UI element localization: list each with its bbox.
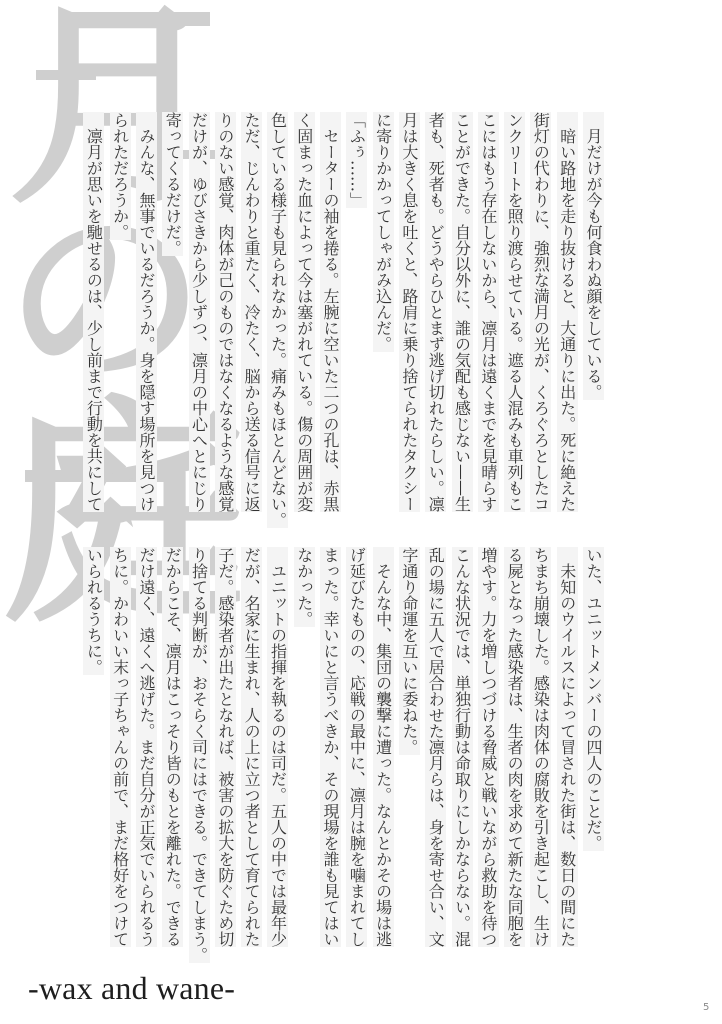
text-line: げ延びたものの、応戦の最中に、凛月は腕を噛まれてし	[346, 547, 367, 947]
text-line: 乱の場に五人で居合わせた凛月らは、身を寄せ合い、文	[425, 547, 446, 947]
text-column: だが、名家に生まれ、人の上に立つ者として育てられた	[238, 547, 264, 947]
text-column: 月は大きく息を吐くと、路肩に乗り捨てられたタクシー	[396, 112, 422, 512]
text-line: 子だ。感染者が出たとなれば、被害の拡大を防ぐため切	[215, 547, 236, 947]
text-line: に寄りかかってしゃがみ込んだ。	[373, 112, 394, 352]
text-block-bottom: いた、ユニットメンバーの四人のことだ。 未知のウイルスによって冒された街は、数日…	[80, 547, 606, 947]
text-column: いられるうちに。	[80, 547, 106, 947]
text-column: 者も、死者も。どうやらひとまず逃げ切れたらしい。凛	[422, 112, 448, 512]
text-line: 字通り命運を互いに委ねた。	[399, 547, 420, 755]
text-column: だけ遠く、遠くへ逃げた。まだ自分が正気でいられるう	[133, 547, 159, 947]
text-column: く固まった血によって今は塞がれている。傷の周囲が変	[290, 112, 316, 512]
text-line: り捨てる判断が、おそらく司にはできる。できてしまう。	[189, 547, 210, 963]
text-column: ンクリートを照り渡らせている。遮る人混みも車列もこ	[501, 112, 527, 512]
text-line: なかった。	[294, 547, 315, 627]
running-title: -wax and wane-	[28, 972, 235, 1004]
text-line: こんな状況では、単独行動は命取りにしかならない。混	[452, 547, 473, 947]
text-line: 者も、死者も。どうやらひとまず逃げ切れたらしい。凛	[425, 112, 446, 512]
text-column: に寄りかかってしゃがみ込んだ。	[369, 112, 395, 512]
text-column: 乱の場に五人で居合わせた凛月らは、身を寄せ合い、文	[422, 547, 448, 947]
text-line: ちまち崩壊した。感染は肉体の腐敗を引き起こし、生け	[530, 547, 551, 947]
text-column: る屍となった感染者は、生者の肉を求めて新たな同胞を	[501, 547, 527, 947]
text-line: 増やす。力を増しつづける脅威と戦いながら救助を待つ	[478, 547, 499, 947]
text-line: 凛月が思いを馳せるのは、少し前まで行動を共にして	[83, 112, 104, 512]
text-column: まった。幸いにと言うべきか、その現場を誰も見てはい	[317, 547, 343, 947]
text-column: だからこそ、凛月はこっそり皆のもとを離れた。できる	[159, 547, 185, 947]
text-column: りのない感覚、肉体が己のものではなくなるような感覚	[212, 112, 238, 512]
text-column: 月だけが今も何食わぬ顔をしている。	[580, 112, 606, 512]
text-column: だけが、ゆびさきから少しずつ、凛月の中心へとにじり	[185, 112, 211, 512]
text-line: 未知のウイルスによって冒された街は、数日の間にた	[557, 547, 578, 947]
text-line: ンクリートを照り渡らせている。遮る人混みも車列もこ	[504, 112, 525, 512]
text-column: げ延びたものの、応戦の最中に、凛月は腕を噛まれてし	[343, 547, 369, 947]
text-line: 寄ってくるだけだ。	[162, 112, 183, 256]
text-column: そんな中、集団の襲撃に遭った。なんとかその場は逃	[369, 547, 395, 947]
text-column: ユニットの指揮を執るのは司だ。五人の中では最年少	[264, 547, 290, 947]
text-column: 街灯の代わりに、強烈な満月の光が、くろぐろとしたコ	[527, 112, 553, 512]
text-column: 色している様子も見られなかった。痛みもほとんどない。	[264, 112, 290, 512]
text-block-top: 月だけが今も何食わぬ顔をしている。 暗い路地を走り抜けると、大通りに出た。死に絶…	[80, 112, 606, 512]
text-line: だけが、ゆびさきから少しずつ、凛月の中心へとにじり	[189, 112, 210, 512]
text-line: 暗い路地を走り抜けると、大通りに出た。死に絶えた	[557, 112, 578, 512]
text-line: そんな中、集団の襲撃に遭った。なんとかその場は逃	[373, 547, 394, 947]
text-line: りのない感覚、肉体が己のものではなくなるような感覚	[215, 112, 236, 512]
text-column: みんな、無事でいるだろうか。身を隠す場所を見つけ	[133, 112, 159, 512]
text-line: だけ遠く、遠くへ逃げた。まだ自分が正気でいられるう	[136, 547, 157, 947]
text-line: 月だけが今も何食わぬ顔をしている。	[583, 112, 604, 400]
text-column: られただろうか。	[106, 112, 132, 512]
text-column: ことができた。自分以外に、誰の気配も感じない——生	[448, 112, 474, 512]
page-number: 5	[703, 1002, 709, 1014]
text-line: まった。幸いにと言うべきか、その現場を誰も見てはい	[320, 547, 341, 947]
text-column: なかった。	[290, 547, 316, 947]
text-line: 街灯の代わりに、強烈な満月の光が、くろぐろとしたコ	[530, 112, 551, 512]
text-line: る屍となった感染者は、生者の肉を求めて新たな同胞を	[504, 547, 525, 947]
text-line: ユニットの指揮を執るのは司だ。五人の中では最年少	[267, 547, 288, 947]
text-column: 増やす。力を増しつづける脅威と戦いながら救助を待つ	[475, 547, 501, 947]
text-line: 月は大きく息を吐くと、路肩に乗り捨てられたタクシー	[399, 112, 420, 512]
text-line: く固まった血によって今は塞がれている。傷の周囲が変	[294, 112, 315, 512]
text-column: こんな状況では、単独行動は命取りにしかならない。混	[448, 547, 474, 947]
text-column: 暗い路地を走り抜けると、大通りに出た。死に絶えた	[553, 112, 579, 512]
text-line: ただ、じんわりと重たく、冷たく、脳から送る信号に返	[241, 112, 262, 512]
text-column: ちに。かわいい末っ子ちゃんの前で、まだ格好をつけて	[106, 547, 132, 947]
text-line: られただろうか。	[110, 112, 131, 240]
text-line: みんな、無事でいるだろうか。身を隠す場所を見つけ	[136, 112, 157, 512]
text-column: セーターの袖を捲る。左腕に空いた二つの孔は、赤黒	[317, 112, 343, 512]
text-column: 凛月が思いを馳せるのは、少し前まで行動を共にして	[80, 112, 106, 512]
text-line: ことができた。自分以外に、誰の気配も感じない——生	[452, 112, 473, 512]
text-line: 色している様子も見られなかった。痛みもほとんどない。	[267, 112, 288, 528]
text-column: 字通り命運を互いに委ねた。	[396, 547, 422, 947]
text-line: だが、名家に生まれ、人の上に立つ者として育てられた	[241, 547, 262, 947]
text-line: ちに。かわいい末っ子ちゃんの前で、まだ格好をつけて	[110, 547, 131, 947]
text-line: こにはもう存在しないから、凛月は遠くまでを見晴らす	[478, 112, 499, 512]
text-column: り捨てる判断が、おそらく司にはできる。できてしまう。	[185, 547, 211, 947]
text-column: 寄ってくるだけだ。	[159, 112, 185, 512]
text-line: いられるうちに。	[83, 547, 104, 675]
text-line: セーターの袖を捲る。左腕に空いた二つの孔は、赤黒	[320, 112, 341, 512]
dialogue-line: 「ふぅ……」	[346, 112, 367, 208]
text-column: こにはもう存在しないから、凛月は遠くまでを見晴らす	[475, 112, 501, 512]
text-column: ちまち崩壊した。感染は肉体の腐敗を引き起こし、生け	[527, 547, 553, 947]
text-column: いた、ユニットメンバーの四人のことだ。	[580, 547, 606, 947]
text-column: ただ、じんわりと重たく、冷たく、脳から送る信号に返	[238, 112, 264, 512]
text-line: いた、ユニットメンバーの四人のことだ。	[583, 547, 604, 851]
text-column: 「ふぅ……」	[343, 112, 369, 512]
text-column: 子だ。感染者が出たとなれば、被害の拡大を防ぐため切	[212, 547, 238, 947]
text-line: だからこそ、凛月はこっそり皆のもとを離れた。できる	[162, 547, 183, 947]
text-column: 未知のウイルスによって冒された街は、数日の間にた	[553, 547, 579, 947]
